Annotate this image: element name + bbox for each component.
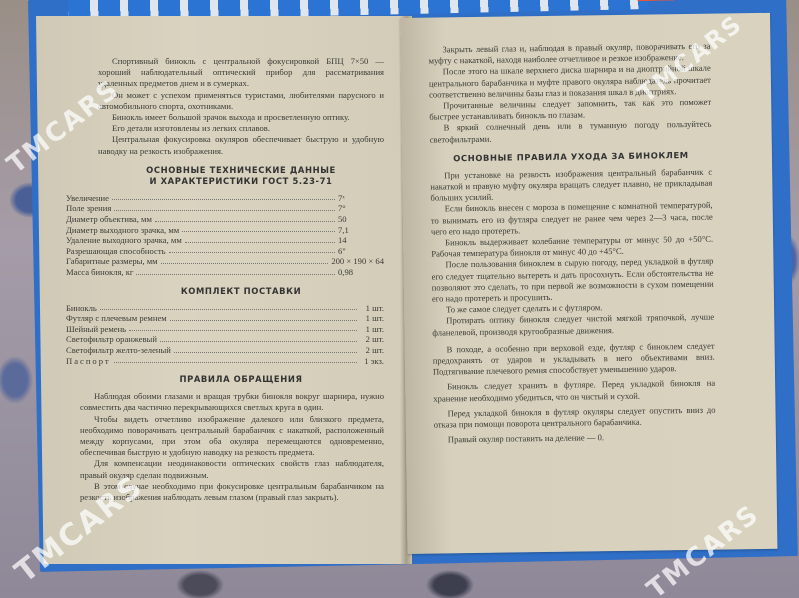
care-paragraph: После пользования биноклем в сырую погод… bbox=[431, 256, 714, 305]
kit-label: Светофильтр оранжевый bbox=[66, 334, 157, 345]
specs-heading-line2: И ХАРАКТЕРИСТИКИ ГОСТ 5.23-71 bbox=[98, 176, 384, 187]
specs-list: Увеличение7ˣ Поле зрения7° Диаметр объек… bbox=[66, 193, 384, 278]
spec-value: 200 × 190 × 64 bbox=[331, 256, 384, 267]
spec-value: 14 bbox=[338, 235, 384, 246]
right-page: Закрыть левый глаз и, наблюдая в правый … bbox=[400, 13, 777, 554]
kit-row: Паспорт1 экз. bbox=[66, 356, 384, 367]
right-page-text: Закрыть левый глаз и, наблюдая в правый … bbox=[428, 41, 716, 446]
spec-row: Разрешающая способность6" bbox=[66, 246, 384, 257]
spec-row: Удаление выходного зрачка, мм14 bbox=[66, 235, 384, 246]
care-paragraph: Если бинокль внесен с мороза в помещение… bbox=[431, 200, 713, 238]
dot-leader bbox=[185, 241, 335, 243]
handling-paragraph: Чтобы видеть отчетливо изображение далек… bbox=[80, 414, 384, 459]
dot-leader bbox=[155, 220, 335, 222]
spec-row: Диаметр выходного зрачка, мм7,1 bbox=[66, 225, 384, 236]
spec-label: Габаритные размеры, мм bbox=[66, 256, 158, 267]
spec-value: 6" bbox=[338, 246, 384, 257]
kit-row: Футляр с плечевым ремнем1 шт. bbox=[66, 313, 384, 324]
dot-leader bbox=[169, 251, 336, 253]
spec-label: Диаметр выходного зрачка, мм bbox=[66, 225, 179, 236]
kit-value: 1 шт. bbox=[360, 324, 384, 335]
spec-row: Габаритные размеры, мм200 × 190 × 64 bbox=[66, 256, 384, 267]
kit-row: Бинокль1 шт. bbox=[66, 303, 384, 314]
spec-label: Диаметр объектива, мм bbox=[66, 214, 152, 225]
spec-value: 7ˣ bbox=[338, 193, 384, 204]
care-paragraph: Перед укладкой бинокля в футляр окуляры … bbox=[433, 405, 715, 431]
spec-row: Поле зрения7° bbox=[66, 203, 384, 214]
kit-label: Паспорт bbox=[66, 356, 111, 367]
dot-leader bbox=[170, 319, 357, 321]
kit-label: Бинокль bbox=[66, 303, 97, 314]
kit-row: Шейный ремень1 шт. bbox=[66, 324, 384, 335]
kit-label: Шейный ремень bbox=[66, 324, 126, 335]
spec-value: 7,1 bbox=[338, 225, 384, 236]
dot-leader bbox=[112, 198, 335, 200]
handling-paragraph: Наблюдая обоими глазами и вращая трубки … bbox=[80, 391, 384, 413]
spec-value: 50 bbox=[338, 214, 384, 225]
dot-leader bbox=[161, 262, 329, 264]
kit-value: 2 шт. bbox=[360, 345, 384, 356]
specs-heading-line1: ОСНОВНЫЕ ТЕХНИЧЕСКИЕ ДАННЫЕ bbox=[98, 165, 384, 176]
care-paragraph: В походе, а особенно при верховой езде, … bbox=[433, 341, 715, 379]
spec-label: Поле зрения bbox=[66, 203, 111, 214]
spec-label: Масса бинокля, кг bbox=[66, 267, 133, 278]
kit-value: 2 шт. bbox=[360, 334, 384, 345]
care-paragraph: Правый окуляр поставить на деление — 0. bbox=[434, 431, 716, 446]
kit-row: Светофильтр желто-зеленый2 шт. bbox=[66, 345, 384, 356]
spec-value: 7° bbox=[338, 203, 384, 214]
dot-leader bbox=[114, 361, 357, 363]
kit-label: Футляр с плечевым ремнем bbox=[66, 313, 167, 324]
intro-paragraph: Его детали изготовлены из легких сплавов… bbox=[98, 123, 384, 134]
kit-list: Бинокль1 шт. Футляр с плечевым ремнем1 ш… bbox=[66, 303, 384, 367]
intro-paragraph: Спортивный бинокль с центральной фокусир… bbox=[98, 56, 384, 90]
dot-leader bbox=[182, 230, 335, 232]
spec-row: Масса бинокля, кг0,98 bbox=[66, 267, 384, 278]
kit-heading: КОМПЛЕКТ ПОСТАВКИ bbox=[98, 286, 384, 297]
kit-value: 1 шт. bbox=[360, 313, 384, 324]
kit-value: 1 экз. bbox=[360, 356, 384, 367]
spec-label: Увеличение bbox=[66, 193, 109, 204]
intro-paragraph: Он может с успехом применяться туристами… bbox=[98, 90, 384, 112]
intro-paragraph: Бинокль имеет большой зрачок выхода и пр… bbox=[98, 112, 384, 123]
care-heading: ОСНОВНЫЕ ПРАВИЛА УХОДА ЗА БИНОКЛЕМ bbox=[430, 149, 712, 164]
dot-leader bbox=[160, 340, 357, 342]
specs-heading: ОСНОВНЫЕ ТЕХНИЧЕСКИЕ ДАННЫЕ И ХАРАКТЕРИС… bbox=[98, 165, 384, 187]
intro-paragraph: В яркий солнечный день или в туманную по… bbox=[429, 119, 711, 145]
dot-leader bbox=[129, 329, 357, 331]
care-paragraph: Бинокль следует хранить в футляре. Перед… bbox=[433, 378, 715, 404]
spec-label: Разрешающая способность bbox=[66, 246, 166, 257]
care-paragraph: Протирать оптику бинокля следует чистой … bbox=[432, 312, 714, 338]
dot-leader bbox=[114, 209, 335, 211]
left-page-text: Спортивный бинокль с центральной фокусир… bbox=[98, 56, 384, 503]
dot-leader bbox=[100, 308, 357, 310]
handling-heading: ПРАВИЛА ОБРАЩЕНИЯ bbox=[98, 374, 384, 385]
spec-label: Удаление выходного зрачка, мм bbox=[66, 235, 182, 246]
kit-label: Светофильтр желто-зеленый bbox=[66, 345, 171, 356]
dot-leader bbox=[136, 273, 335, 275]
care-paragraph: При установке на резкость изображения це… bbox=[430, 166, 712, 204]
dot-leader bbox=[174, 351, 357, 353]
intro-paragraph: Центральная фокусировка окуляров обеспеч… bbox=[98, 134, 384, 156]
kit-value: 1 шт. bbox=[360, 303, 384, 314]
kit-row: Светофильтр оранжевый2 шт. bbox=[66, 334, 384, 345]
spec-row: Диаметр объектива, мм50 bbox=[66, 214, 384, 225]
spec-value: 0,98 bbox=[338, 267, 384, 278]
spec-row: Увеличение7ˣ bbox=[66, 193, 384, 204]
